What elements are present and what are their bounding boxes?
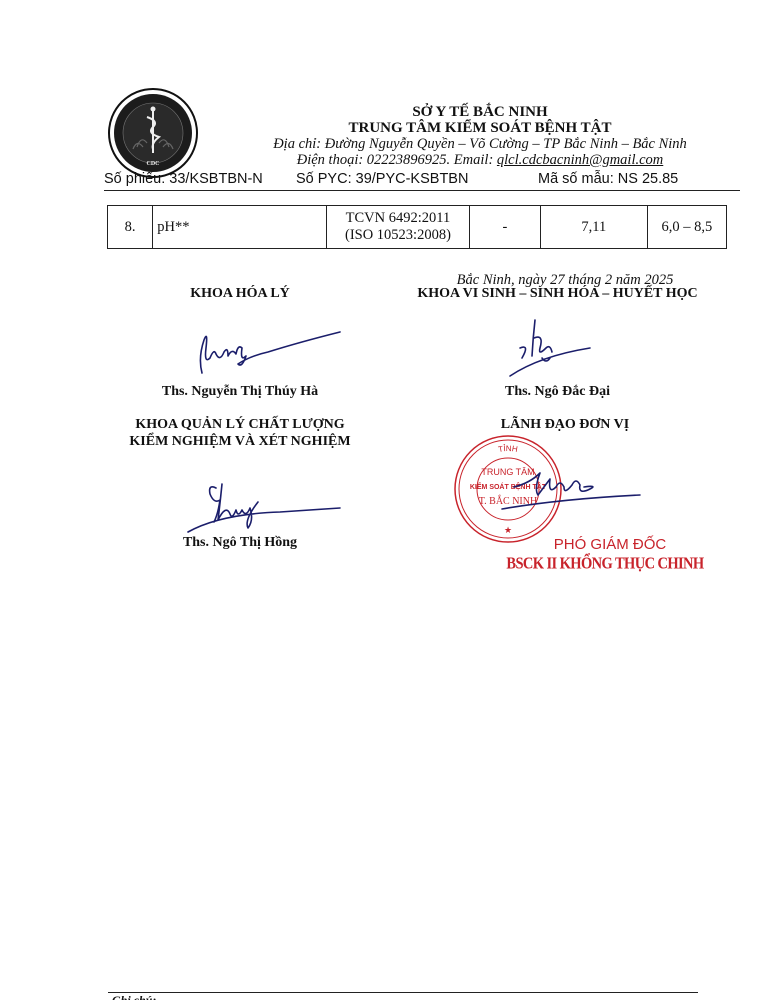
cell-parameter: pH** <box>153 206 327 249</box>
signature-icon <box>500 465 650 525</box>
svg-text:TỈNH: TỈNH <box>497 444 518 454</box>
signature-icon <box>180 480 350 535</box>
cell-limit: 6,0 – 8,5 <box>647 206 726 249</box>
contact-email: qlcl.cdcbacninh@gmail.com <box>497 152 663 168</box>
stamp-title: PHÓ GIÁM ĐỐC <box>520 536 700 553</box>
method-line-1: TCVN 6492:2011 <box>331 210 465 227</box>
cell-method: TCVN 6492:2011 (ISO 10523:2008) <box>327 206 470 249</box>
stamp-signer: BSCK II KHỔNG THỤC CHINH <box>505 555 705 575</box>
dept-vi-sinh: KHOA VI SINH – SINH HÓA – HUYẾT HỌC <box>385 286 730 302</box>
signature-icon <box>500 318 610 378</box>
dept-hoa-ly: KHOA HÓA LÝ <box>110 286 370 302</box>
org-contact: Điện thoại: 02223896925. Email: qlcl.cdc… <box>230 152 730 169</box>
svg-text:CDC: CDC <box>147 161 160 167</box>
signer-hoa-ly: Ths. Nguyễn Thị Thúy Hà <box>110 384 370 400</box>
method-line-2: (ISO 10523:2008) <box>331 227 465 244</box>
cdc-logo-icon: CDC <box>107 87 199 179</box>
so-phieu: Số phiếu: 33/KSBTBN-N <box>104 171 263 187</box>
dept-qlcl-line1: KHOA QUẢN LÝ CHẤT LƯỢNG <box>110 417 370 433</box>
org-parent: SỞ Y TẾ BẮC NINH <box>230 104 730 121</box>
results-table: 8. pH** TCVN 6492:2011 (ISO 10523:2008) … <box>107 205 727 249</box>
note-label: Ghi chú: <box>112 993 156 1000</box>
dept-lanh-dao: LÃNH ĐẠO ĐƠN VỊ <box>400 417 730 433</box>
signature-icon <box>180 318 350 378</box>
so-pyc: Số PYC: 39/PYC-KSBTBN <box>296 171 468 187</box>
org-name: TRUNG TÂM KIỂM SOÁT BỆNH TẬT <box>230 120 730 137</box>
cell-result: 7,11 <box>540 206 647 249</box>
table-row: 8. pH** TCVN 6492:2011 (ISO 10523:2008) … <box>108 206 727 249</box>
ma-so-mau: Mã số mẫu: NS 25.85 <box>538 171 678 187</box>
svg-text:★: ★ <box>504 525 512 535</box>
org-address: Địa chỉ: Đường Nguyễn Quyền – Võ Cường –… <box>230 136 730 153</box>
signer-qlcl: Ths. Ngô Thị Hồng <box>110 535 370 551</box>
footer-divider <box>108 992 698 993</box>
cell-no: 8. <box>108 206 153 249</box>
header-divider <box>104 190 740 191</box>
cell-unit: - <box>469 206 540 249</box>
contact-phone: Điện thoại: 02223896925. Email: <box>297 152 497 168</box>
signer-vi-sinh: Ths. Ngô Đắc Đại <box>385 384 730 400</box>
dept-qlcl-line2: KIỂM NGHIỆM VÀ XÉT NGHIỆM <box>110 434 370 450</box>
